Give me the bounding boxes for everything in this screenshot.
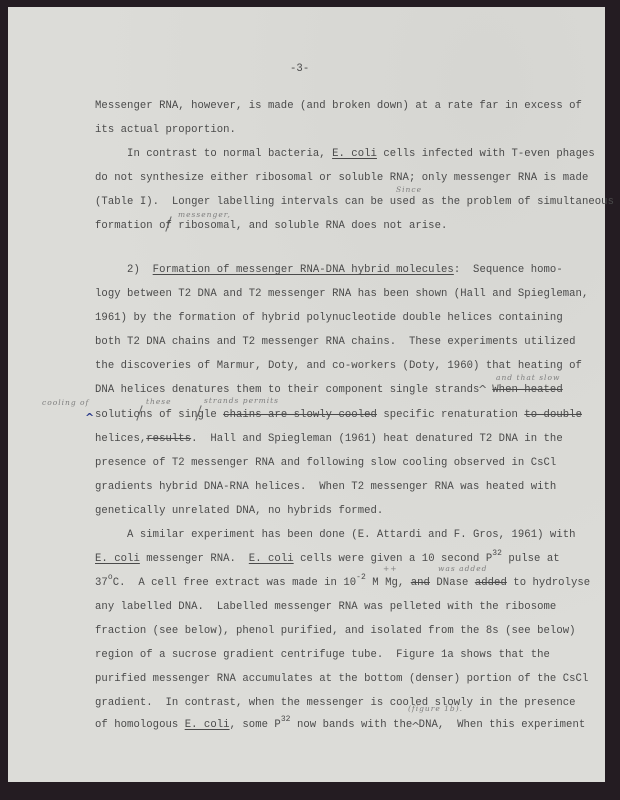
text-span: to hydrolyse [507,577,590,589]
text-span: now bands with the DNA, When this experi… [291,719,586,731]
handwritten-since: Since [396,185,422,194]
text-span: In contrast to normal bacteria, [95,148,332,160]
page-number: -3- [290,63,309,75]
superscript: 32 [492,549,502,558]
text-line: 1961) by the formation of hybrid polynuc… [95,312,563,324]
text-line: of homologous E. coli, some P32 now band… [95,719,585,731]
text-span: of homologous [95,719,185,731]
text-span: messenger RNA. [140,553,249,565]
handwritten-was-added: was added [438,564,487,573]
caret-mark: ^ [478,383,487,396]
text-line: region of a sucrose gradient centrifuge … [95,649,550,661]
text-line: any labelled DNA. Labelled messenger RNA… [95,601,556,613]
text-line: (Table I). Longer labelling intervals ca… [95,196,614,208]
handwritten-cooling-of: cooling of [42,398,89,407]
text-span: solutions of single [95,409,223,421]
struck-text: chains are slowly cooled [223,409,377,421]
superscript: -2 [356,573,366,582]
text-line: do not synthesize either ribosomal or so… [95,172,588,184]
text-line: both T2 DNA chains and T2 messenger RNA … [95,336,576,348]
text-line: Messenger RNA, however, is made (and bro… [95,100,582,112]
text-line: 37oC. A cell free extract was made in 10… [95,577,590,589]
text-line: fraction (see below), phenol purified, a… [95,625,576,637]
struck-text: to double [524,409,582,421]
section-heading: Formation of messenger RNA-DNA hybrid mo… [153,264,454,276]
text-span: M Mg, [366,577,411,589]
text-line: In contrast to normal bacteria, E. coli … [95,148,595,160]
handwritten-figure-1b: (figure 1b). [408,704,463,713]
text-span: cells infected with T-even phages [377,148,595,160]
text-span: pulse at [502,553,560,565]
handwritten-these: these [146,397,172,406]
section-heading-line: 2) Formation of messenger RNA-DNA hybrid… [95,264,563,276]
text-line: presence of T2 messenger RNA and followi… [95,457,556,469]
text-line: gradients hybrid DNA-RNA helices. When T… [95,481,556,493]
text-line: A similar experiment has been done (E. A… [95,529,576,541]
species-name: E. coli [249,553,294,565]
text-span: helices, [95,433,146,445]
caret-mark: ^ [411,720,420,733]
text-span: DNA helices denatures them to their comp… [95,384,492,396]
document-page: -3- Messenger RNA, however, is made (and… [8,7,605,782]
species-name: E. coli [332,148,377,160]
blue-caret-mark: ^ [85,411,94,424]
text-span: 2) [95,264,153,276]
text-line: solutions of single chains are slowly co… [95,409,582,421]
struck-text: When heated [492,384,562,396]
text-line: E. coli messenger RNA. E. coli cells wer… [95,553,560,565]
species-name: E. coli [95,553,140,565]
text-line: its actual proportion. [95,124,236,136]
struck-text: added [475,577,507,589]
text-span: 37 [95,577,108,589]
text-span: C. A cell free extract was made in 10 [113,577,356,589]
superscript: 32 [281,715,291,724]
text-line: DNA helices denatures them to their comp… [95,384,563,396]
text-line: helices,results. Hall and Spiegleman (19… [95,433,563,445]
handwritten-and-that-slow: and that slow [496,373,560,382]
text-span: , some P [230,719,281,731]
handwritten-messenger: messenger, [178,210,231,219]
handwritten-strands-permits: strands permits [204,396,279,405]
text-span: specific renaturation [377,409,524,421]
text-line: genetically unrelated DNA, no hybrids fo… [95,505,383,517]
text-span: DNase [430,577,475,589]
species-name: E. coli [185,719,230,731]
text-line: formation of ribosomal, and soluble RNA … [95,220,447,232]
text-line: the discoveries of Marmur, Doty, and co-… [95,360,582,372]
text-line: purified messenger RNA accumulates at th… [95,673,588,685]
text-line: gradient. In contrast, when the messenge… [95,697,576,709]
text-line: logy between T2 DNA and T2 messenger RNA… [95,288,588,300]
struck-text: results [146,433,191,445]
text-span: : Sequence homo- [454,264,563,276]
handwritten-mg-plus: ++ [383,564,398,573]
struck-text: and [411,577,430,589]
text-span: . Hall and Spiegleman (1961) heat denatu… [191,433,563,445]
